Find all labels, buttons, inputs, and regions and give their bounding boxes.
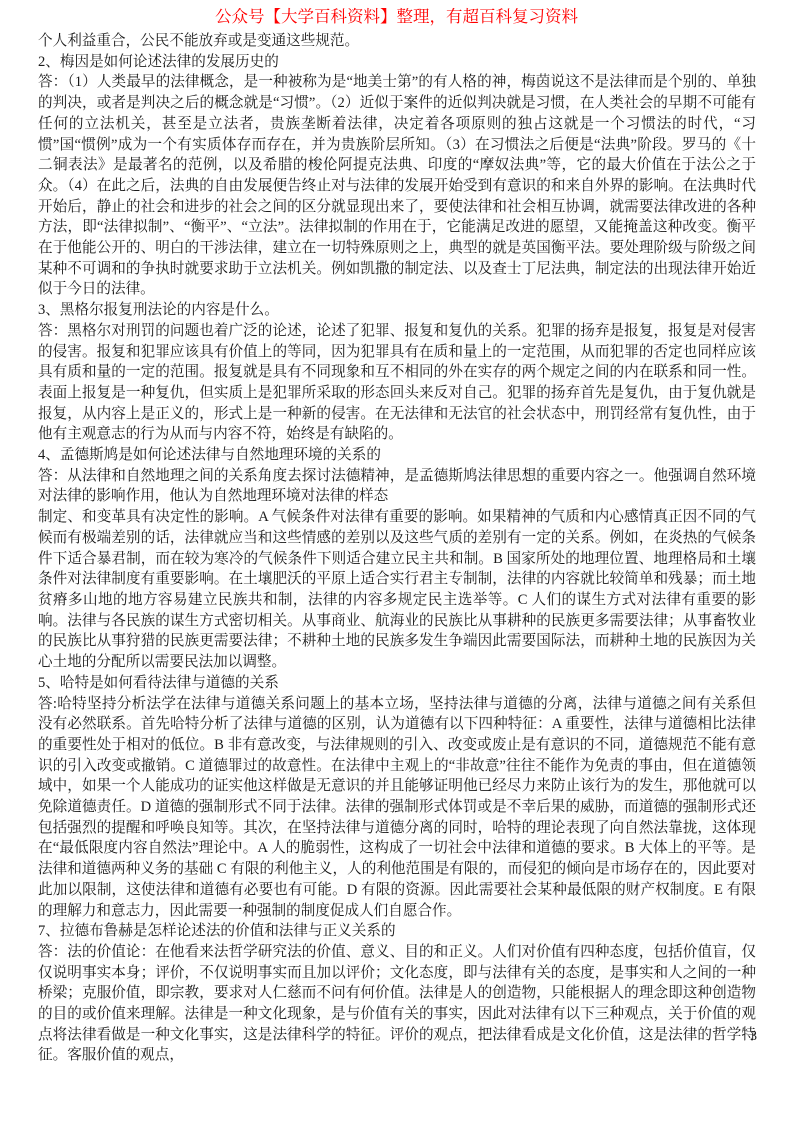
continuation-paragraph: 个人利益重合，公民不能放弃或是变通这些规范。 — [38, 31, 756, 52]
answer-2-paragraph: 答：（1）人类最早的法律概念，是一种被称为是“地美士第”的有人格的神，梅茵说这不… — [38, 72, 756, 300]
question-4-heading: 4、孟德斯鸠是如何论述法律与自然地理环境的关系的 — [38, 445, 756, 466]
question-5-heading: 5、哈特是如何看待法律与道德的关系 — [38, 673, 756, 694]
page-number: 3 — [750, 1026, 757, 1046]
question-7-heading: 7、拉德布鲁赫是怎样论述法的价值和法律与正义关系的 — [38, 921, 756, 942]
answer-7-paragraph: 答：法的价值论：在他看来法哲学研究法的价值、意义、目的和正义。人们对价值有四种态… — [38, 942, 756, 1066]
answer-4-paragraph-2: 制定、和变革具有决定性的影响。A 气候条件对法律有重要的影响。如果精神的气质和内… — [38, 507, 756, 673]
answer-3-paragraph: 答：黑格尔对刑罚的问题也着广泛的论述，论述了犯罪、报复和复仇的关系。犯罪的扬弃是… — [38, 321, 756, 445]
answer-5-paragraph: 答:哈特坚持分析法学在法律与道德关系问题上的基本立场，坚持法律与道德的分离，法律… — [38, 694, 756, 922]
document-page: 公众号【大学百科资料】整理，有超百科复习资料 个人利益重合，公民不能放弃或是变通… — [0, 0, 793, 1122]
question-3-heading: 3、黑格尔报复刑法论的内容是什么。 — [38, 300, 756, 321]
question-2-heading: 2、梅因是如何论述法律的发展历史的 — [38, 52, 756, 73]
answer-4-paragraph-1: 答：从法律和自然地理之间的关系角度去探讨法德精神，是孟德斯鸠法律思想的重要内容之… — [38, 466, 756, 507]
page-header: 公众号【大学百科资料】整理，有超百科复习资料 — [0, 0, 793, 28]
document-body: 个人利益重合，公民不能放弃或是变通这些规范。 2、梅因是如何论述法律的发展历史的… — [38, 31, 756, 1066]
